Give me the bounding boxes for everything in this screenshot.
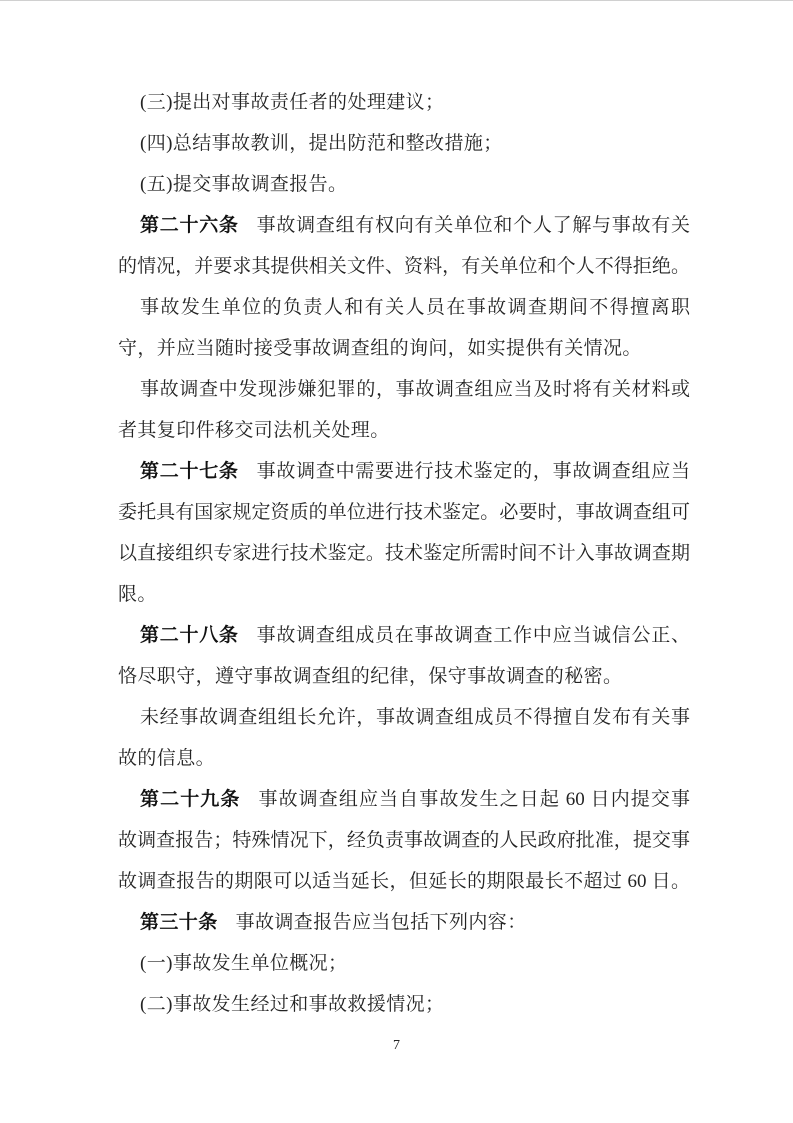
text-segment: 事故调查报告应当包括下列内容： (236, 912, 527, 933)
text-line: (三)提出对事故责任者的处理建议； (118, 82, 690, 123)
text-block: (三)提出对事故责任者的处理建议；(四)总结事故教训，提出防范和整改措施；(五)… (118, 82, 690, 1025)
text-line: 的情况，并要求其提供相关文件、资料，有关单位和个人不得拒绝。 (118, 246, 690, 287)
text-line: 限。 (118, 574, 690, 615)
article-number: 第三十条 (140, 912, 218, 933)
text-segment: 故的信息。 (118, 748, 215, 769)
text-line: 第二十八条事故调查组成员在事故调查工作中应当诚信公正、 (118, 615, 690, 656)
text-line: 故调查报告的期限可以适当延长，但延长的期限最长不超过 60 日。 (118, 861, 690, 902)
text-line: (四)总结事故教训，提出防范和整改措施； (118, 123, 690, 164)
text-line: (五)提交事故调查报告。 (118, 164, 690, 205)
text-line: 第二十九条事故调查组应当自事故发生之日起 60 日内提交事 (118, 779, 690, 820)
text-line: 故的信息。 (118, 738, 690, 779)
text-segment: 恪尽职守，遵守事故调查组的纪律，保守事故调查的秘密。 (118, 666, 622, 687)
text-segment: 事故调查组成员在事故调查工作中应当诚信公正、 (257, 625, 690, 646)
text-segment: 事故调查组应当自事故发生之日起 60 日内提交事 (258, 789, 690, 810)
article-number: 第二十九条 (140, 789, 240, 810)
text-segment: 事故调查组有权向有关单位和个人了解与事故有关 (257, 215, 690, 236)
text-segment: (二)事故发生经过和事故救援情况； (140, 994, 444, 1015)
text-line: 事故调查中发现涉嫌犯罪的，事故调查组应当及时将有关材料或 (118, 369, 690, 410)
text-segment: (一)事故发生单位概况； (140, 953, 347, 974)
article-number: 第二十八条 (140, 625, 239, 646)
document-page: (三)提出对事故责任者的处理建议；(四)总结事故教训，提出防范和整改措施；(五)… (0, 0, 793, 1123)
text-segment: 故调查报告；特殊情况下，经负责事故调查的人民政府批准，提交事 (118, 830, 690, 851)
text-segment: 以直接组织专家进行技术鉴定。技术鉴定所需时间不计入事故调查期 (118, 543, 690, 564)
text-segment: 限。 (118, 584, 157, 605)
text-segment: (五)提交事故调查报告。 (140, 174, 347, 195)
text-line: 事故发生单位的负责人和有关人员在事故调查期间不得擅离职 (118, 287, 690, 328)
article-number: 第二十七条 (140, 461, 239, 482)
text-segment: 委托具有国家规定资质的单位进行技术鉴定。必要时，事故调查组可 (118, 502, 690, 523)
text-line: 第二十六条事故调查组有权向有关单位和个人了解与事故有关 (118, 205, 690, 246)
text-segment: 事故调查中发现涉嫌犯罪的，事故调查组应当及时将有关材料或 (140, 379, 690, 400)
text-line: 恪尽职守，遵守事故调查组的纪律，保守事故调查的秘密。 (118, 656, 690, 697)
text-segment: (四)总结事故教训，提出防范和整改措施； (140, 133, 503, 154)
text-segment: 未经事故调查组组长允许，事故调查组成员不得擅自发布有关事 (140, 707, 690, 728)
text-segment: 故调查报告的期限可以适当延长，但延长的期限最长不超过 60 日。 (118, 871, 690, 892)
page-footer: 7 (0, 1037, 793, 1055)
text-line: 故调查报告；特殊情况下，经负责事故调查的人民政府批准，提交事 (118, 820, 690, 861)
text-segment: 事故发生单位的负责人和有关人员在事故调查期间不得擅离职 (140, 297, 690, 318)
text-line: (二)事故发生经过和事故救援情况； (118, 984, 690, 1025)
text-line: 第三十条事故调查报告应当包括下列内容： (118, 902, 690, 943)
text-line: (一)事故发生单位概况； (118, 943, 690, 984)
text-segment: 的情况，并要求其提供相关文件、资料，有关单位和个人不得拒绝。 (118, 256, 690, 277)
text-line: 委托具有国家规定资质的单位进行技术鉴定。必要时，事故调查组可 (118, 492, 690, 533)
text-line: 守，并应当随时接受事故调查组的询问，如实提供有关情况。 (118, 328, 690, 369)
text-line: 者其复印件移交司法机关处理。 (118, 410, 690, 451)
text-segment: (三)提出对事故责任者的处理建议； (140, 92, 444, 113)
text-segment: 守，并应当随时接受事故调查组的询问，如实提供有关情况。 (118, 338, 642, 359)
text-line: 第二十七条事故调查中需要进行技术鉴定的，事故调查组应当 (118, 451, 690, 492)
text-line: 未经事故调查组组长允许，事故调查组成员不得擅自发布有关事 (118, 697, 690, 738)
text-segment: 事故调查中需要进行技术鉴定的，事故调查组应当 (257, 461, 690, 482)
text-line: 以直接组织专家进行技术鉴定。技术鉴定所需时间不计入事故调查期 (118, 533, 690, 574)
page-number: 7 (393, 1038, 400, 1053)
article-number: 第二十六条 (140, 215, 239, 236)
text-segment: 者其复印件移交司法机关处理。 (118, 420, 390, 441)
